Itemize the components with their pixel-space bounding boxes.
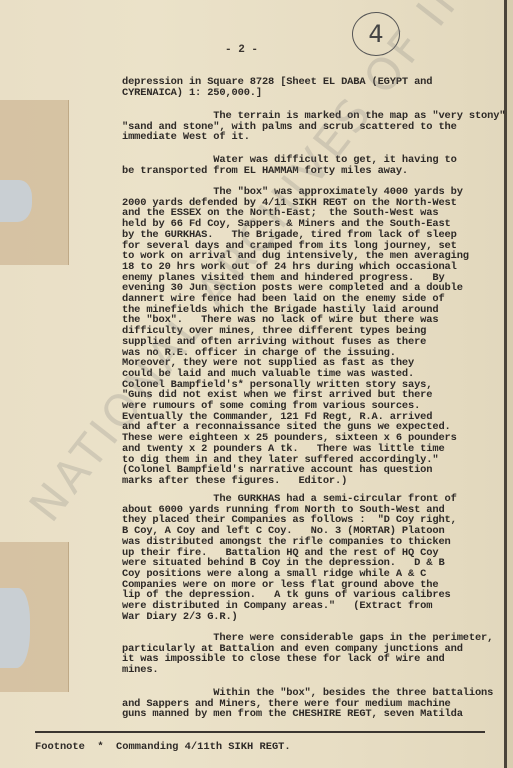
paragraph-terrain: The terrain is marked on the map as "ver…	[122, 111, 512, 143]
handwritten-page-number: 4	[352, 12, 400, 56]
torn-hole-top	[0, 180, 32, 222]
torn-hole-bottom	[0, 588, 30, 668]
footnote-divider	[35, 731, 485, 733]
paragraph-within-box: Within the "box", besides the three batt…	[122, 688, 512, 720]
paragraph-gurkhas: The GURKHAS had a semi-circular front of…	[122, 494, 512, 622]
footnote: Footnote * Commanding 4/11th SIKH REGT.	[35, 741, 291, 753]
paragraph-water: Water was difficult to get, it having to…	[122, 155, 512, 176]
paragraph-map-reference: depression in Square 8728 [Sheet EL DABA…	[122, 77, 512, 98]
paragraph-gaps: There were considerable gaps in the peri…	[122, 633, 512, 676]
typed-page-number: - 2 -	[225, 44, 258, 56]
paragraph-box-defence: The "box" was approximately 4000 yards b…	[122, 187, 512, 487]
